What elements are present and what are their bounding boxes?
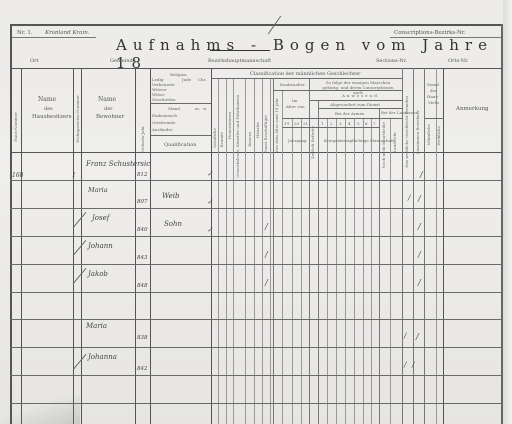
party-number-header: Wohnparteien-Nummer <box>75 95 80 143</box>
row-rule <box>10 375 502 376</box>
stand-col-m: m. <box>195 106 200 111</box>
form-title: Aufnahms - Bogen vom Jahre 18 <box>116 36 512 72</box>
col-line <box>21 68 22 424</box>
alter-col-19: 19 <box>284 121 289 126</box>
tally-mark: / <box>265 222 268 231</box>
row-rule <box>10 292 502 293</box>
tally-mark: / <box>265 278 268 287</box>
owner-name-header-2: des <box>44 106 53 112</box>
check-mark: ✓ <box>207 170 213 178</box>
row-rule <box>10 347 502 348</box>
crownland-underline <box>10 37 96 38</box>
row-rule <box>10 403 502 404</box>
class-col-sonstige: Sonst Beschäftigte <box>263 115 268 153</box>
header-sub-rule <box>318 108 403 109</box>
header-sub-rule <box>211 78 402 79</box>
ort-label: Ort <box>30 58 39 64</box>
col-line <box>379 108 380 424</box>
col-line <box>390 118 391 424</box>
check-mark: ✓ <box>207 226 213 234</box>
resident-name: Franz Schustersic <box>86 160 150 168</box>
birth-year: 838 <box>137 335 148 341</box>
resident-name: Johanna <box>88 353 117 361</box>
im-alter-label: Im <box>292 98 297 103</box>
header-sub-rule <box>282 118 403 119</box>
nicht-beurtheilt-header: Noch nicht Beurtheilte <box>381 122 386 168</box>
status-row-geschieden: Geschieden <box>152 97 176 102</box>
birth-year: 843 <box>137 255 148 261</box>
resident-name-header-1: Name <box>98 96 116 103</box>
col-line <box>402 68 403 424</box>
class-col-gewerbsleute: Gewerbsleute, Künstler und Fabrikanten <box>235 95 240 178</box>
tally-mark: / <box>420 170 423 179</box>
armee-col-3: 3 <box>339 121 342 126</box>
tally-mark: / <box>408 194 410 202</box>
resident-name: Jakob <box>88 270 108 278</box>
religion-col-jude: Jude <box>182 77 191 82</box>
row-rule <box>10 236 502 237</box>
qualification-header: Qualification <box>164 142 196 148</box>
stand-col-w: w. <box>203 106 207 111</box>
party-number: 1 <box>72 172 76 179</box>
stand-title: Stand <box>168 106 180 111</box>
tally-mark: / <box>416 332 419 341</box>
col-line <box>371 118 372 424</box>
class-col-beamte: Beamte <box>219 132 224 147</box>
gesamt-label-4: Viehs <box>428 100 439 105</box>
tally-mark: / <box>404 361 406 369</box>
class-col-bauern: Bauern <box>247 132 252 147</box>
col-line <box>443 68 444 424</box>
qualification-value: Weib <box>162 192 180 200</box>
house-number-header: Haus-Nummer <box>13 112 18 142</box>
row-rule <box>10 208 502 209</box>
col-line <box>218 78 219 424</box>
gemeinde-label: Gemeinde <box>110 58 136 64</box>
class-col-haeusler: Häusler <box>255 122 260 138</box>
title-stroke <box>210 50 270 51</box>
zusammen-header: Zusammen Bewohner <box>415 110 420 154</box>
col-line <box>211 68 212 424</box>
bei-armee-header: Bei der Armee <box>335 111 364 116</box>
weiblich-header: Weibliche <box>436 126 441 146</box>
col-line <box>363 118 364 424</box>
col-line <box>424 68 425 424</box>
row-rule <box>10 319 502 320</box>
tally-mark: / <box>404 332 406 340</box>
armee-col-7: 7 <box>373 121 376 126</box>
birth-year: 807 <box>137 199 148 205</box>
gesamt-label-3: Haus- <box>427 94 439 99</box>
resident-name: Johann <box>88 242 113 250</box>
class-col-honoratioren: Honoratioren <box>227 112 232 139</box>
header-sub-rule <box>273 90 310 91</box>
resident-name: Josef <box>92 214 109 222</box>
gesamt-label-1: Stand <box>427 82 439 87</box>
alter-col-20: 20 <box>294 121 299 126</box>
gesamt-label-2: des <box>430 88 437 93</box>
alter-col-21: 21 <box>303 121 308 126</box>
tally-mark: / <box>418 222 421 231</box>
col-line <box>354 118 355 424</box>
armee-col-1: 1 <box>321 121 324 126</box>
header-sub-rule <box>150 135 211 136</box>
header-sub-rule <box>309 100 403 101</box>
bezirk-label: Bezirkshauptmannschaft <box>208 58 271 64</box>
header-top-rule <box>10 68 502 69</box>
resident-name-header-2: der <box>104 106 113 112</box>
col-line <box>436 68 437 424</box>
col-line <box>336 118 337 424</box>
header-sub-rule <box>424 118 444 119</box>
stand-row-2: Ortsfremde <box>152 120 175 125</box>
row-rule <box>10 264 502 265</box>
tally-mark: / <box>418 194 421 203</box>
col-line <box>282 90 283 424</box>
alter-von-label: Alter von <box>286 104 305 109</box>
armee-col-6: 6 <box>365 121 368 126</box>
header-sub-rule <box>282 127 380 128</box>
orts-label: Orts-Nr. <box>448 58 469 64</box>
resident-name: Maria <box>86 322 107 330</box>
left-border <box>10 24 12 424</box>
zeitlich-befreit-header: Zeitlich Befreite <box>310 126 315 159</box>
classification-title: Classification der männlichen Geschlecht… <box>250 71 360 77</box>
col-line <box>73 68 74 424</box>
weibliches-header: Das weibliche Geschlecht Fremden <box>404 96 409 168</box>
header-bottom-rule <box>10 152 502 153</box>
birth-year: 842 <box>137 366 148 372</box>
anwesend-header: Anwesend <box>342 93 379 98</box>
owner-name-header-1: Name <box>38 96 56 103</box>
house-number: 168 <box>12 172 23 179</box>
landwehr-header: Landwehr <box>392 132 397 152</box>
anmerkung-header: Anmerkung <box>456 106 489 112</box>
armee-col-2: 2 <box>330 121 333 126</box>
abgesondert-header: Abgesondert zum Dienst <box>330 102 380 107</box>
stand-row-3: Ausländer <box>152 127 173 132</box>
resident-name-header-3: Bewohner <box>96 114 124 120</box>
stand-row-1: Einheimisch <box>152 113 177 118</box>
tally-mark: / <box>418 250 421 259</box>
birth-year-header: Geburts-Jahr <box>140 126 145 152</box>
knabenalter-header: Knabenalter <box>280 82 305 87</box>
class-col-knaben-alter: Von dem Alter zum 19 Jahr <box>274 98 279 153</box>
row-rule <box>10 180 502 181</box>
armee-col-5: 5 <box>357 121 360 126</box>
col-line <box>270 78 271 424</box>
class-col-geistliche: Geistliche <box>212 128 217 148</box>
col-line <box>327 118 328 424</box>
check-mark: ✓ <box>207 198 213 206</box>
top-border <box>10 24 502 26</box>
col-line <box>413 68 414 424</box>
tally-mark: / <box>418 278 421 287</box>
birth-year: 848 <box>137 283 148 289</box>
resident-name: Maria <box>88 186 108 194</box>
col-line <box>345 118 346 424</box>
armee-col-4: 4 <box>348 121 351 126</box>
bei-landwehr-header: Bei der Landwehr <box>381 110 417 115</box>
col-line <box>245 78 246 424</box>
col-line <box>301 118 302 424</box>
crownland-label: Kronland Krain. <box>45 30 90 36</box>
page-edge <box>503 0 512 424</box>
header-sub-rule <box>150 103 211 104</box>
col-line <box>233 78 234 424</box>
form-number: Nr. 1. <box>17 30 33 36</box>
religion-col-chr: Chr. <box>198 77 206 82</box>
birth-year: 840 <box>137 227 148 233</box>
col-line <box>292 118 293 424</box>
sections-label: Sections-Nr. <box>376 58 407 64</box>
birth-year: 812 <box>137 172 148 178</box>
col-line <box>150 68 151 424</box>
tally-mark: / <box>412 361 414 369</box>
maennlich-header: Männliche <box>426 124 431 145</box>
owner-name-header-3: Hausbesitzers <box>32 114 72 120</box>
jahrgang-label: Jahrgang <box>288 138 307 143</box>
tally-mark: / <box>265 250 268 259</box>
col-line <box>135 68 136 424</box>
page-curl-shadow <box>0 395 80 424</box>
qualification-value: Sohn <box>164 220 182 228</box>
